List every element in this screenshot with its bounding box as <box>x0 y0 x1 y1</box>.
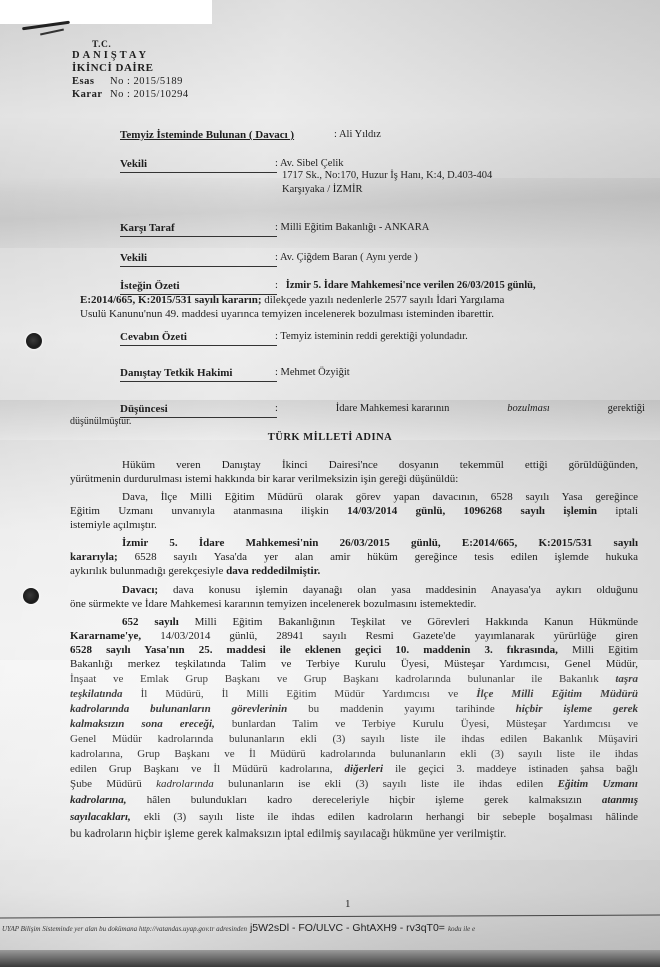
text-span: hâlen bulundukları kadro dereceleriyle h… <box>147 794 582 806</box>
body-p2-line-2: Eğitim Uzmanı unvanıyla atanmasına ilişk… <box>70 505 638 519</box>
footer-notice: UYAP Bilişim Sisteminde yer alan bu dokü… <box>2 925 247 933</box>
request-decision-ref: E:2014/665, K:2015/531 sayılı kararın; <box>80 294 262 306</box>
body-p2-line-3: istemiyle açılmıştır. <box>70 519 157 531</box>
body-p5-line-3: 6528 sayılı Yasa'nın 25. maddesi ile ekl… <box>70 644 638 658</box>
bold-span: 6528 sayılı Yasa'nın 25. maddesi ile ekl… <box>70 644 558 656</box>
appellant-value: : Ali Yıldız <box>334 129 381 140</box>
body-p5-line-14: sayılacakları, ekli (3) sayılı liste ile… <box>70 811 638 825</box>
text-span: 14/03/2014 günlü, 28941 sayılı Resmi Gaz… <box>160 630 638 642</box>
request-summary-line-1: : İzmir 5. İdare Mahkemesi'nce verilen 2… <box>275 280 536 291</box>
esas-value: No : 2015/5189 <box>110 76 183 87</box>
text-span: dava konusu işlemin dayanağı olan yasa m… <box>173 584 638 596</box>
bold-italic-span: kalmaksızın sona ereceği, <box>70 718 215 730</box>
karar-value: No : 2015/10294 <box>110 89 189 100</box>
opinion-label: Düşüncesi <box>120 403 168 415</box>
esas-label: Esas <box>72 76 110 88</box>
bold-span: kararıyla; <box>70 551 118 563</box>
text-span: aykırılık bulunmadığı gerekçesiyle <box>70 565 223 577</box>
opinion-line-1: : İdare Mahkemesi kararının bozulması ge… <box>275 403 645 414</box>
body-p1-line-1: Hüküm veren Danıştay İkinci Dairesi'nce … <box>122 459 638 473</box>
punch-hole-icon <box>23 588 39 604</box>
body-p5-line-12: Şube Müdürü kadrolarında bulunanların is… <box>70 778 638 792</box>
appellant-counsel-address-1: 1717 Sk., No:170, Huzur İş Hanı, K:4, D.… <box>282 170 492 181</box>
opinion-colon: : <box>275 403 278 414</box>
body-p5-line-9: Genel Müdür kadrolarında bulunanların ek… <box>70 733 638 747</box>
judge-value: : Mehmet Özyiğit <box>275 367 350 378</box>
answer-summary-label: Cevabın Özeti <box>120 331 187 343</box>
respondent-counsel-value: : Av. Çiğdem Baran ( Aynı yerde ) <box>275 252 418 263</box>
header-chamber: İKİNCİ DAİRE <box>72 62 154 74</box>
footer-verification: UYAP Bilişim Sisteminde yer alan bu dokü… <box>2 922 475 934</box>
body-p5-line-13: kadrolarına, hâlen bulundukları kadro de… <box>70 794 638 808</box>
bold-italic-span: atanmış <box>602 794 638 806</box>
bold-italic-span: Eğitim Uzmanı <box>558 778 638 790</box>
bold-span: 14/03/2014 günlü, 1096268 sayılı işlemin <box>347 505 597 517</box>
footer-tail: kodu ile e <box>448 925 475 933</box>
bold-italic-span: kadrolarına, <box>70 794 127 806</box>
label-underline <box>120 417 277 418</box>
bold-italic-span: kadrolarında bulunanların görevlerinin <box>70 703 287 715</box>
bold-italic-span: hiçbir işleme gerek <box>516 703 638 715</box>
karar-number: KararNo : 2015/10294 <box>72 89 189 101</box>
bold-italic-span: İlçe Milli Eğitim Müdürü <box>476 688 638 700</box>
text-span: 6528 sayılı Yasa'da yer alan amir hüküm … <box>135 551 638 563</box>
body-p4-line-1: Davacı; dava konusu işlemin dayanağı ola… <box>122 584 638 598</box>
body-p3-line-3: aykırılık bulunmadığı gerekçesiyle dava … <box>70 565 320 577</box>
appellant-counsel-address-2: Karşıyaka / İZMİR <box>282 184 362 195</box>
body-p5-line-5: İnşaat ve Emlak Grup Başkanı ve Grup Baş… <box>70 673 638 687</box>
punch-hole-icon <box>26 333 42 349</box>
body-p5-line-2: Kararname'ye, 14/03/2014 günlü, 28941 sa… <box>70 630 638 644</box>
text-span: İnşaat ve Emlak Grup Başkanı ve Grup Baş… <box>70 673 599 685</box>
body-p5-line-8: kalmaksızın sona ereceği, bunlardan Tali… <box>70 718 638 732</box>
verification-code: j5W2sDl - FO/ULVC - GhtAXH9 - rv3qT0= <box>250 922 445 934</box>
label-underline <box>120 345 277 346</box>
pen-mark <box>40 29 64 36</box>
decision-title: TÜRK MİLLETİ ADINA <box>0 432 660 443</box>
opinion-line-2: düşünülmüştür. <box>70 416 131 427</box>
body-p3-line-1: İzmir 5. İdare Mahkemesi'nin 26/03/2015 … <box>122 537 638 551</box>
request-summary-line-3: Usulü Kanunu'nun 49. maddesi uyarınca te… <box>80 308 494 320</box>
text-span: Şube Müdürü <box>70 778 142 790</box>
appellant-counsel-label: Vekili <box>120 158 147 170</box>
text-span: bunlardan Talim ve Terbiye Kurulu Üyesi,… <box>232 718 638 730</box>
appellant-counsel-value: : Av. Sibel Çelik <box>275 158 344 169</box>
body-p2-line-1: Dava, İlçe Milli Eğitim Müdürü olarak gö… <box>122 491 638 505</box>
judge-label: Danıştay Tetkik Hakimi <box>120 367 232 379</box>
respondent-counsel-label: Vekili <box>120 252 147 264</box>
text-span: bulunanların ise ekli (3) sayılı liste i… <box>228 778 543 790</box>
opinion-italic: bozulması <box>507 403 550 414</box>
karar-label: Karar <box>72 89 110 101</box>
bold-italic-span: taşra <box>615 673 638 685</box>
label-underline <box>120 236 277 237</box>
request-summary-line-2: E:2014/665, K:2015/531 sayılı kararın; d… <box>80 294 504 306</box>
opinion-text: İdare Mahkemesi kararının <box>336 403 450 414</box>
request-court-ref: İzmir 5. İdare Mahkemesi'nce verilen 26/… <box>286 280 536 291</box>
footer-divider <box>0 915 660 919</box>
esas-number: EsasNo : 2015/5189 <box>72 76 183 88</box>
bold-span: dava reddedilmiştir. <box>226 565 320 577</box>
text-span: Milli Eğitim <box>572 644 638 656</box>
request-text: dilekçede yazılı nedenlerle 2577 sayılı … <box>262 294 505 306</box>
body-p4-line-2: öne sürmekte ve İdare Mahkemesi kararını… <box>70 598 476 610</box>
bold-italic-span: diğerleri <box>345 763 384 775</box>
body-p5-line-11: edilen Grup Başkanı ve İl Müdürü kadrola… <box>70 763 638 777</box>
body-p5-line-6: teşkilatında İl Müdürü, İl Milli Eğitim … <box>70 688 638 702</box>
italic-span: kadrolarında <box>156 778 214 790</box>
label-underline <box>120 381 277 382</box>
label-underline <box>120 172 277 173</box>
body-p5-line-15: bu kadroların hiçbir işleme gerek kalmak… <box>70 828 506 840</box>
body-p3-line-2: kararıyla; 6528 sayılı Yasa'da yer alan … <box>70 551 638 565</box>
text-span: iptali <box>615 505 638 517</box>
appellant-label: Temyiz İsteminde Bulunan ( Davacı ) <box>120 129 294 141</box>
opinion-text-end: gerektiği <box>608 403 645 414</box>
text-span: Milli Eğitim Bakanlığının Teşkilat ve Gö… <box>195 616 638 628</box>
bold-italic-span: teşkilatında <box>70 688 123 700</box>
bold-italic-span: sayılacakları, <box>70 811 131 823</box>
redaction-patch <box>0 0 212 24</box>
respondent-label: Karşı Taraf <box>120 222 175 234</box>
body-p5-line-4: Bakanlığı merkez teşkilatında Talim ve T… <box>70 658 638 672</box>
respondent-value: : Milli Eğitim Bakanlığı - ANKARA <box>275 222 429 233</box>
photo-edge <box>0 950 660 967</box>
text-span: İl Müdürü, İl Milli Eğitim Müdür Yardımc… <box>141 688 459 700</box>
document-page: T.C. DANIŞTAY İKİNCİ DAİRE EsasNo : 2015… <box>0 0 660 967</box>
bold-span: Kararname'ye, <box>70 630 141 642</box>
body-p5-line-7: kadrolarında bulunanların görevlerinin b… <box>70 703 638 717</box>
request-summary-label: İsteğin Özeti <box>120 280 180 292</box>
body-p5-line-1: 652 sayılı Milli Eğitim Bakanlığının Teş… <box>122 616 638 630</box>
bold-span: Davacı; <box>122 584 158 596</box>
header-institution: DANIŞTAY <box>72 50 149 62</box>
body-p1-line-2: yürütmenin durdurulması istemi hakkında … <box>70 473 458 485</box>
answer-summary-value: : Temyiz isteminin reddi gerektiği yolun… <box>275 331 468 342</box>
text-span: bu maddenin yayımı tarihinde <box>308 703 495 715</box>
body-p5-line-10: kadrolarına, Grup Başkanı ve İl Müdürü k… <box>70 748 638 762</box>
page-number: 1 <box>345 898 351 910</box>
request-colon: : <box>275 280 278 291</box>
text-span: Eğitim Uzmanı unvanıyla atanmasına ilişk… <box>70 505 329 517</box>
text-span: ile geçici 3. maddeye istinaden şahsa ba… <box>395 763 638 775</box>
text-span: edilen Grup Başkanı ve İl Müdürü kadrola… <box>70 763 333 775</box>
bold-span: 652 sayılı <box>122 616 179 628</box>
label-underline <box>120 266 277 267</box>
text-span: ekli (3) sayılı liste ile ihdas edilen k… <box>144 811 638 823</box>
